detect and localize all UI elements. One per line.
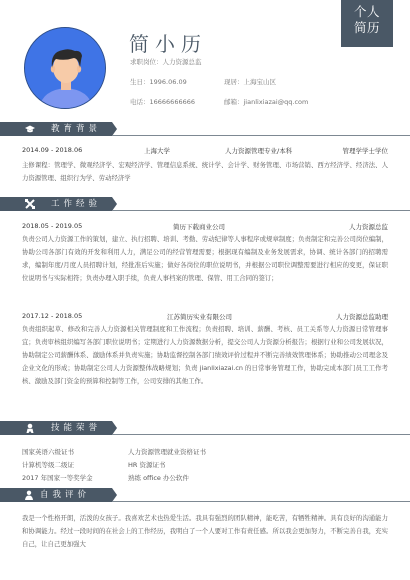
job-target: 求职岗位：人力资源总监 [130, 57, 202, 66]
section-title: 自我评价 [40, 489, 90, 501]
work-row-2: 2017.12 - 2018.05 江苏简历实业有限公司 人力资源总监助理 [22, 312, 388, 322]
section-title: 技能荣誉 [51, 422, 101, 434]
avatar [24, 27, 106, 109]
person-icon [24, 490, 34, 500]
candidate-name: 简小历 [129, 28, 207, 57]
education-period: 2014.09 - 2018.06 [22, 146, 82, 154]
section-header-self-evaluation: 自我评价 [0, 488, 410, 502]
skill-item: 熟练 office 办公软件 [128, 472, 206, 485]
work-period: 2017.12 - 2018.05 [22, 312, 82, 320]
work-period: 2018.05 - 2019.05 [22, 222, 82, 230]
work-description-2: 负责组织起草、修改和完善人力资源相关管理制度和工作流程；负责招聘、培训、薪酬、考… [22, 323, 388, 388]
section-header-education: 教育背景 [0, 122, 410, 136]
graduation-cap-icon [25, 124, 35, 134]
education-school: 上海大学 [144, 146, 170, 155]
section-divider [112, 434, 410, 435]
resume-page: 个人 简历 简小历 求职岗位：人力资源总监 生日：1996.06.09 现居：上… [0, 0, 410, 580]
education-courses: 主修课程：管理学、微观经济学、宏观经济学、管理信息系统、统计学、会计学、财务管理… [22, 159, 388, 185]
phone-number: 电话：16666666666 [130, 97, 195, 106]
work-position: 人力资源总监助理 [336, 312, 388, 321]
award-person-icon [25, 423, 35, 433]
birth-date: 生日：1996.06.09 [130, 77, 187, 86]
ribbon-text: 个人 简历 [341, 4, 393, 36]
work-description-1: 负责公司人力资源工作的策划，建立、执行招聘、培训、考勤、劳动纪律等人事程序或规章… [22, 233, 388, 285]
section-header-skills: 技能荣誉 [0, 421, 410, 435]
education-degree: 管理学学士学位 [343, 146, 389, 155]
tools-icon [25, 199, 35, 209]
section-divider [112, 135, 410, 136]
residence: 现居：上海宝山区 [224, 77, 276, 86]
section-divider [112, 501, 410, 502]
section-title: 工作经验 [51, 198, 101, 210]
self-evaluation-text: 我是一个性格开朗，活泼的女孩子。我喜欢艺术也热爱生活。我具有强烈的团队精神，能吃… [22, 512, 388, 551]
work-row-1: 2018.05 - 2019.05 简历下载商业公司 人力资源总监 [22, 222, 388, 232]
skills-right-column: 人力资源管理就业资格证书 HR 资源证书 熟练 office 办公软件 [128, 446, 206, 485]
skill-item: 国家英语六级证书 [22, 446, 93, 459]
skill-item: 人力资源管理就业资格证书 [128, 446, 206, 459]
education-major: 人力资源管理专业/本科 [225, 146, 292, 155]
skill-item: 2017 年国家一等奖学金 [22, 472, 93, 485]
work-position: 人力资源总监 [349, 222, 388, 231]
section-header-work: 工作经验 [0, 197, 410, 211]
person-avatar-icon [25, 28, 106, 109]
resume-ribbon: 个人 简历 [341, 0, 393, 47]
ribbon-line2: 简历 [341, 20, 393, 36]
education-row: 2014.09 - 2018.06 上海大学 人力资源管理专业/本科 管理学学士… [22, 146, 388, 156]
work-company: 江苏简历实业有限公司 [167, 312, 232, 321]
section-divider [112, 210, 410, 211]
skills-left-column: 国家英语六级证书 计算机等级二级证 2017 年国家一等奖学金 [22, 446, 93, 485]
email-address: 邮箱：jianlixiazai@qq.com [224, 97, 308, 106]
skill-item: 计算机等级二级证 [22, 459, 93, 472]
section-title: 教育背景 [51, 123, 101, 135]
skill-item: HR 资源证书 [128, 459, 206, 472]
ribbon-line1: 个人 [341, 4, 393, 20]
work-company: 简历下载商业公司 [173, 222, 225, 231]
